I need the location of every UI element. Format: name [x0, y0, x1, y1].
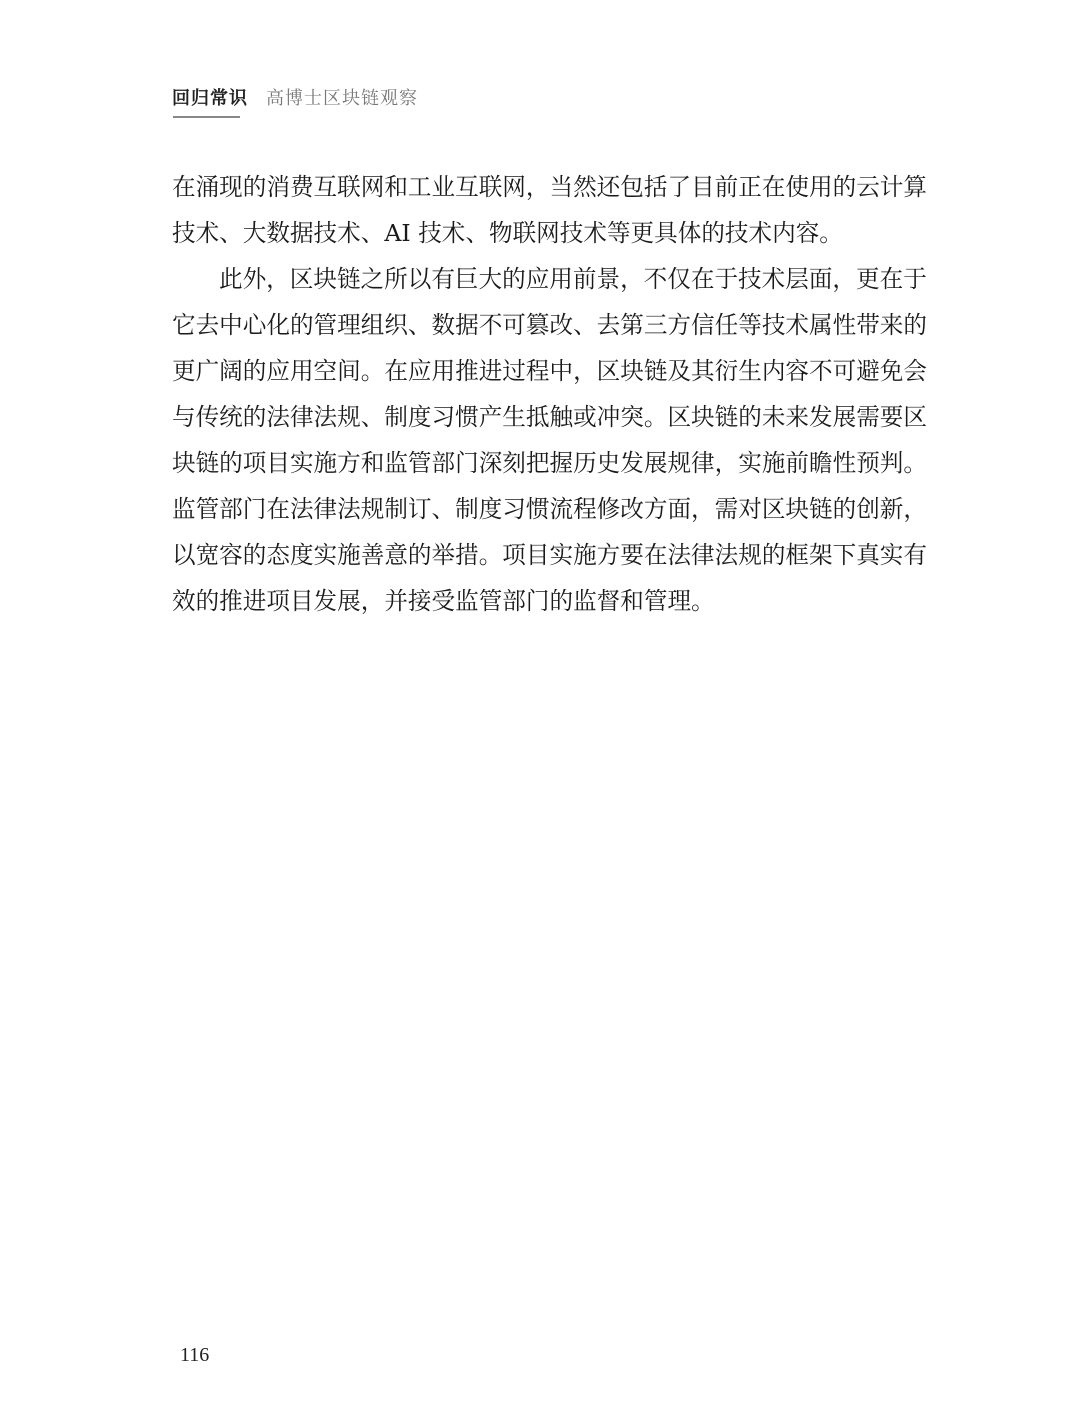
- running-header: 回归常识 高博士区块链观察: [172, 84, 418, 114]
- paragraph-1: 在涌现的消费互联网和工业互联网，当然还包括了目前正在使用的云计算 技术、大数据技…: [172, 164, 912, 256]
- series-title: 高博士区块链观察: [266, 84, 418, 110]
- text-line: 以宽容的态度实施善意的举措。项目实施方要在法律法规的框架下真实有: [172, 532, 912, 578]
- page-number: 116: [180, 1344, 209, 1367]
- text-line: 与传统的法律法规、制度习惯产生抵触或冲突。区块链的未来发展需要区: [172, 394, 912, 440]
- text-line: 此外，区块链之所以有巨大的应用前景，不仅在于技术层面，更在于: [172, 256, 912, 302]
- text-line: 在涌现的消费互联网和工业互联网，当然还包括了目前正在使用的云计算: [172, 164, 912, 210]
- text-line: 监管部门在法律法规制订、制度习惯流程修改方面，需对区块链的创新，: [172, 486, 912, 532]
- book-title: 回归常识: [172, 84, 248, 110]
- body-text: 在涌现的消费互联网和工业互联网，当然还包括了目前正在使用的云计算 技术、大数据技…: [172, 164, 912, 624]
- paragraph-2: 此外，区块链之所以有巨大的应用前景，不仅在于技术层面，更在于 它去中心化的管理组…: [172, 256, 912, 624]
- text-line: 更广阔的应用空间。在应用推进过程中，区块链及其衍生内容不可避免会: [172, 348, 912, 394]
- text-line: 效的推进项目发展，并接受监管部门的监督和管理。: [172, 578, 912, 624]
- header-rule: [173, 116, 240, 118]
- text-line: 技术、大数据技术、AI 技术、物联网技术等更具体的技术内容。: [172, 210, 912, 256]
- book-page: 回归常识 高博士区块链观察 在涌现的消费互联网和工业互联网，当然还包括了目前正在…: [0, 0, 1080, 1419]
- text-line: 块链的项目实施方和监管部门深刻把握历史发展规律，实施前瞻性预判。: [172, 440, 912, 486]
- text-line: 它去中心化的管理组织、数据不可篡改、去第三方信任等技术属性带来的: [172, 302, 912, 348]
